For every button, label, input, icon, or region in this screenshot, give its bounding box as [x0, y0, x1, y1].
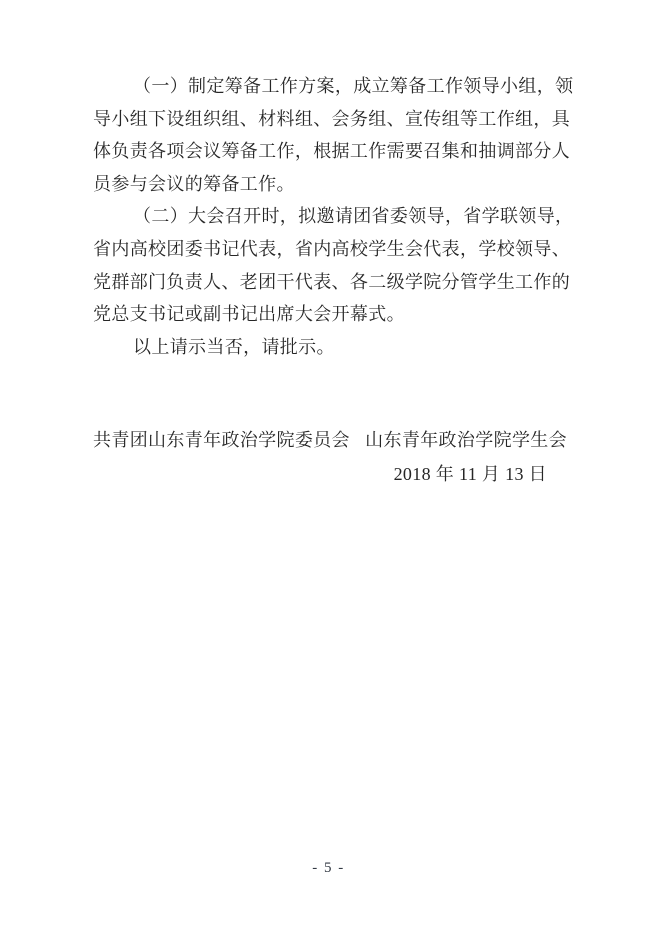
paragraph-1-line-3: 体负责各项会议筹备工作，根据工作需要召集和抽调部分人 [93, 135, 571, 168]
signature-date: 2018 年 11 月 13 日 [93, 457, 571, 492]
document-body: （一）制定筹备工作方案，成立筹备工作领导小组，领 导小组下设组织组、材料组、会务… [93, 70, 571, 492]
paragraph-1-line-2: 导小组下设组织组、材料组、会务组、宣传组等工作组，具 [93, 103, 571, 136]
signature-left-org: 共青团山东青年政治学院委员会 [93, 424, 350, 457]
paragraph-2-line-4: 党总支书记或副书记出席大会开幕式。 [93, 298, 571, 331]
signature-right-org: 山东青年政治学院学生会 [365, 424, 567, 457]
closing-line: 以上请示当否，请批示。 [93, 331, 571, 364]
paragraph-1-line-1: （一）制定筹备工作方案，成立筹备工作领导小组，领 [93, 70, 571, 103]
paragraph-1-line-4: 员参与会议的筹备工作。 [93, 168, 571, 201]
paragraph-2-line-1: （二）大会召开时，拟邀请团省委领导，省学联领导， [93, 200, 571, 233]
signature-row: 共青团山东青年政治学院委员会 山东青年政治学院学生会 [93, 424, 571, 457]
document-page: （一）制定筹备工作方案，成立筹备工作领导小组，领 导小组下设组织组、材料组、会务… [0, 0, 657, 930]
paragraph-2-line-3: 党群部门负责人、老团干代表、各二级学院分管学生工作的 [93, 266, 571, 299]
paragraph-2-line-2: 省内高校团委书记代表，省内高校学生会代表，学校领导、 [93, 233, 571, 266]
page-number: - 5 - [0, 860, 657, 877]
